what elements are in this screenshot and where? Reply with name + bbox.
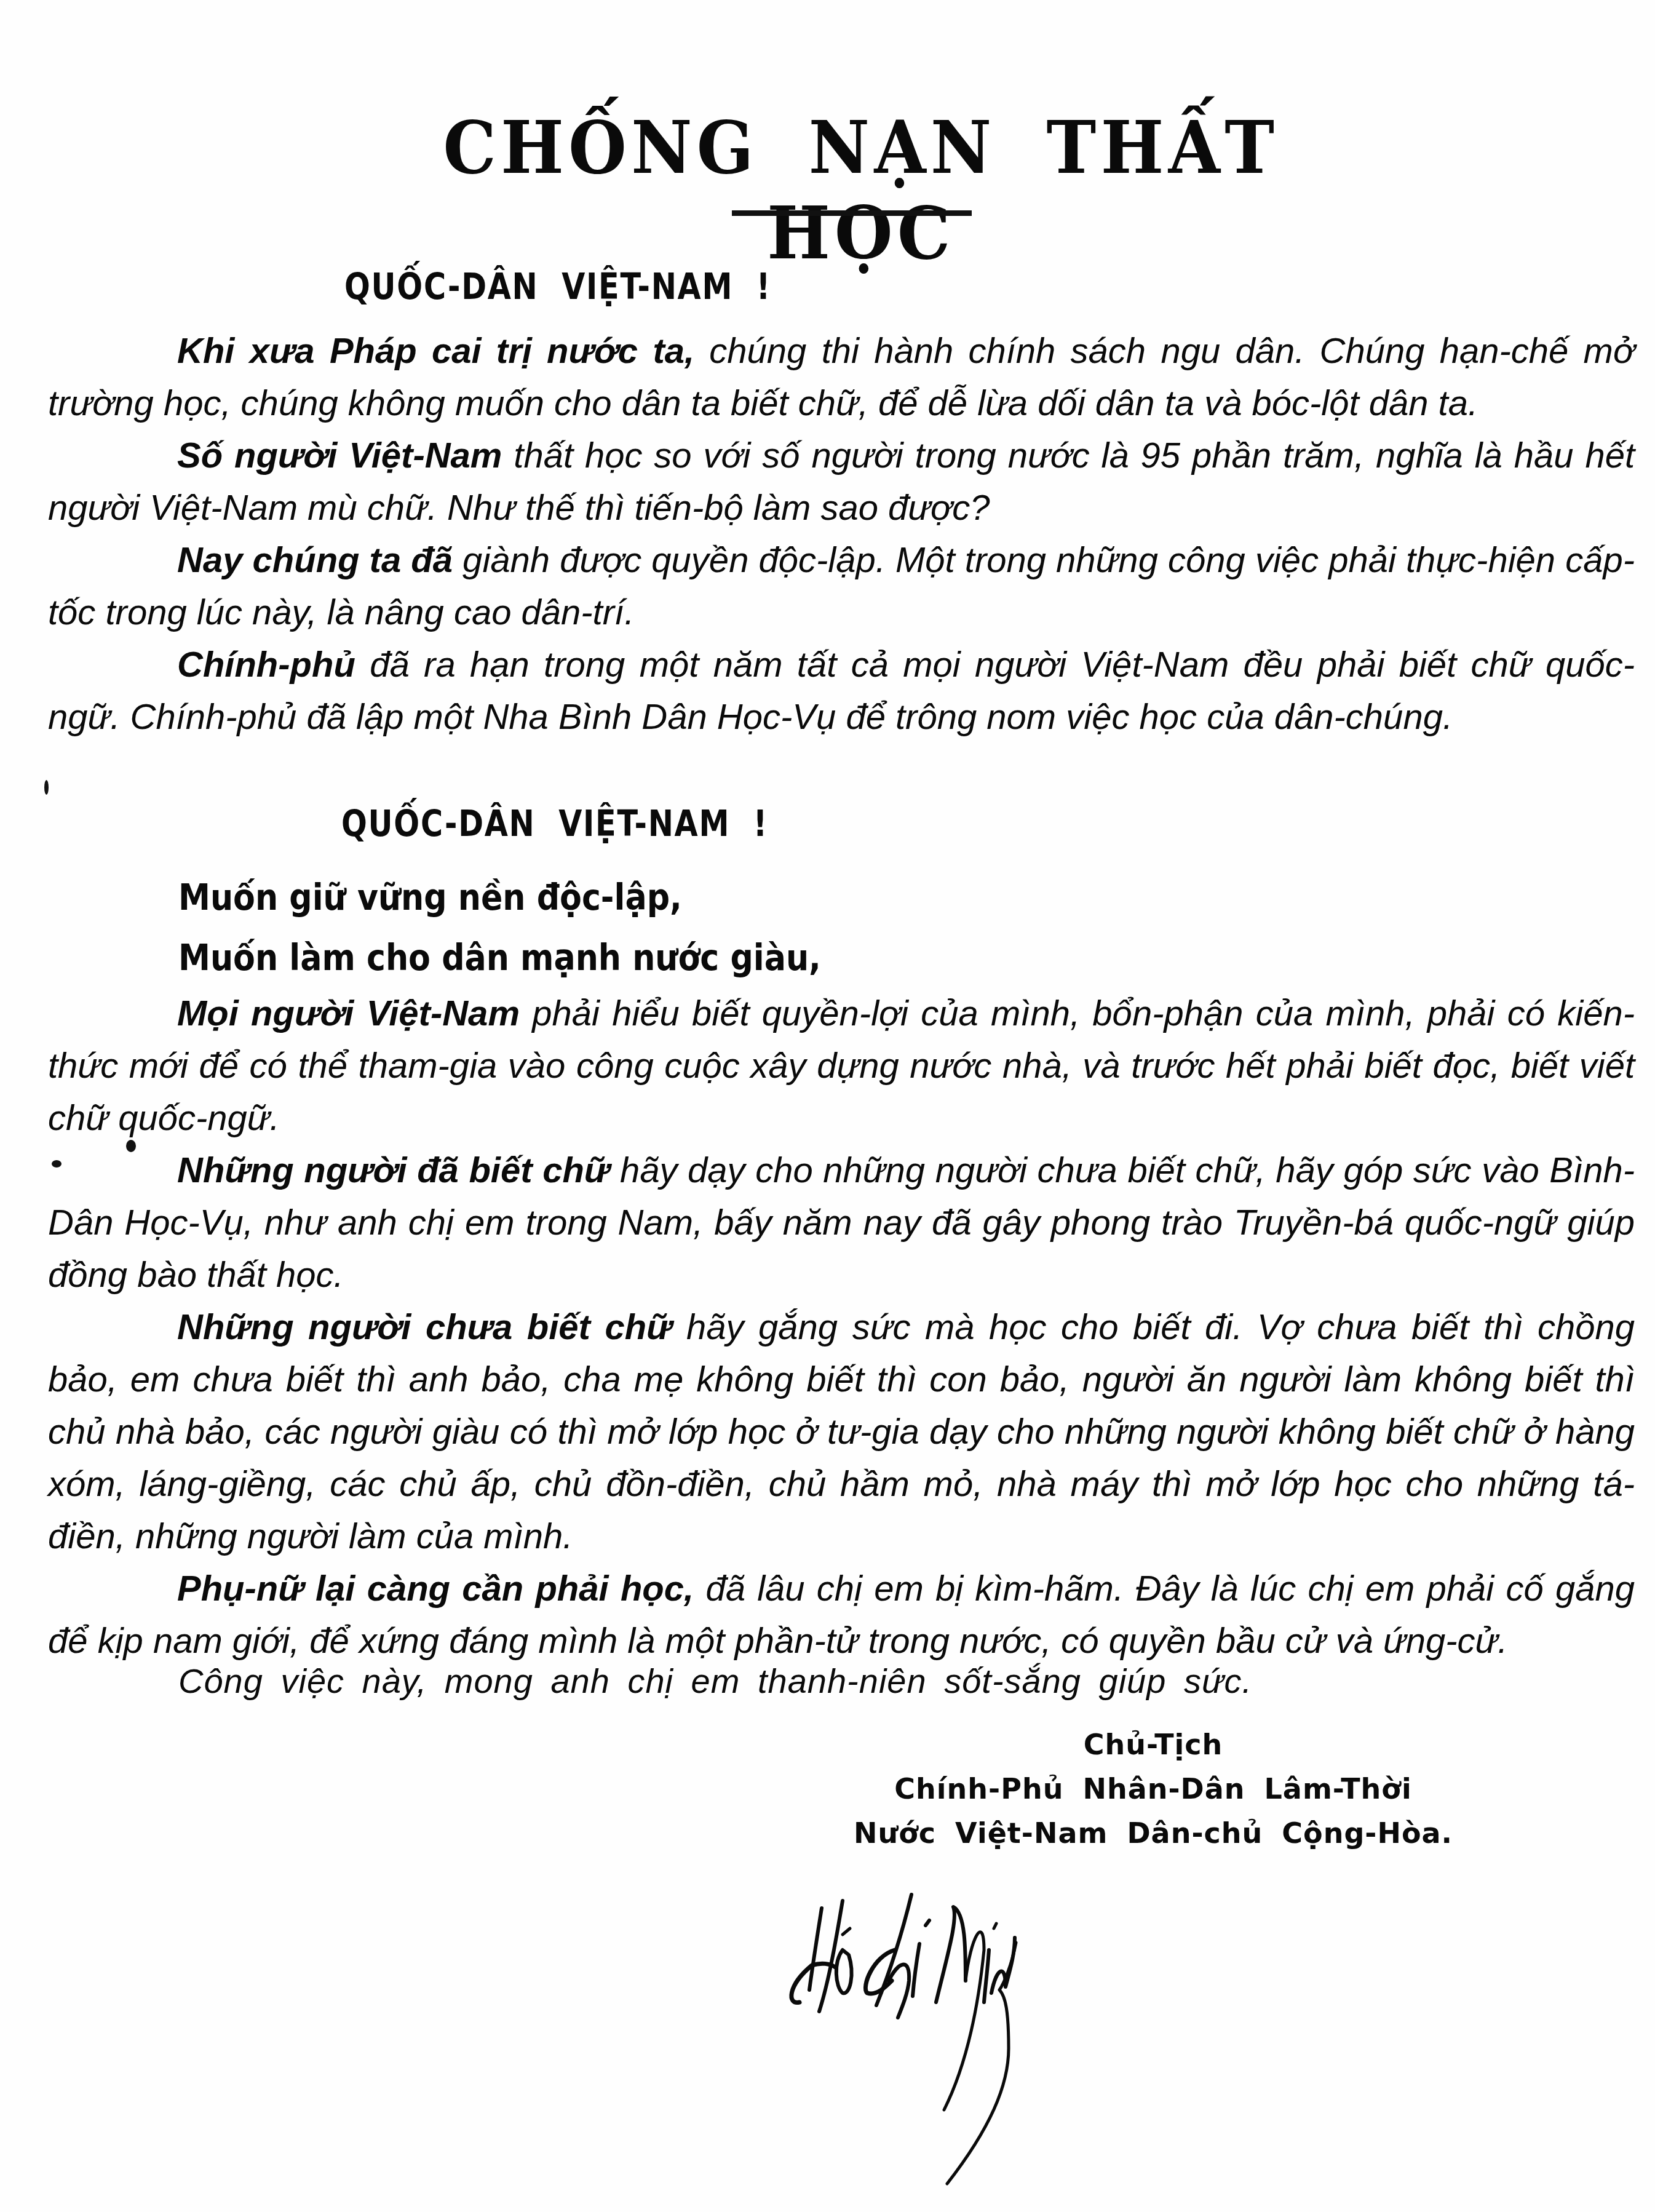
document-page: CHỐNG NẠN THẤT HỌC QUỐC-DÂN VIỆT-NAM ! K… xyxy=(0,0,1655,2212)
paragraph: Nay chúng ta đã giành được quyền độc-lập… xyxy=(48,534,1635,639)
signatory-title: Chủ-Tịch xyxy=(800,1722,1507,1767)
signature-block: Chủ-Tịch Chính-Phủ Nhân-Dân Lâm-Thời Nướ… xyxy=(800,1722,1507,1855)
paragraph: Mọi người Việt-Nam phải hiểu biết quyền-… xyxy=(48,987,1635,1144)
scan-speck xyxy=(44,780,49,795)
paragraph: Những người đã biết chữ hãy dạy cho nhữn… xyxy=(48,1144,1635,1301)
slogan-line: Muốn làm cho dân mạnh nước giàu, xyxy=(178,928,821,988)
page-title: CHỐNG NẠN THẤT HỌC xyxy=(352,105,1370,276)
salutation-1: QUỐC-DÂN VIỆT-NAM ! xyxy=(344,266,771,308)
title-underline xyxy=(732,210,972,216)
scan-speck xyxy=(52,1160,62,1168)
paragraph: Những người chưa biết chữ hãy gắng sức m… xyxy=(48,1301,1635,1562)
section-2: Mọi người Việt-Nam phải hiểu biết quyền-… xyxy=(48,987,1635,1667)
paragraph: Chính-phủ đã ra hạn trong một năm tất cả… xyxy=(48,639,1635,743)
closing-line: Công việc này, mong anh chị em thanh-niê… xyxy=(178,1661,1252,1701)
signatory-office: Chính-Phủ Nhân-Dân Lâm-Thời xyxy=(800,1767,1507,1811)
section-1: Khi xưa Pháp cai trị nước ta, chúng thi … xyxy=(48,325,1635,743)
slogan-line: Muốn giữ vững nền độc-lập, xyxy=(178,867,821,928)
signature-icon xyxy=(763,1864,1501,2208)
handwritten-signature: Hồ Chí Minh xyxy=(763,1864,1501,2208)
paragraph: Phụ-nữ lại càng cần phải học, đã lâu chị… xyxy=(48,1562,1635,1667)
salutation-2: QUỐC-DÂN VIỆT-NAM ! xyxy=(341,803,768,845)
paragraph: Khi xưa Pháp cai trị nước ta, chúng thi … xyxy=(48,325,1635,429)
scan-speck xyxy=(126,1140,136,1152)
paragraph: Số người Việt-Nam thất học so với số ngư… xyxy=(48,429,1635,534)
slogans: Muốn giữ vững nền độc-lập, Muốn làm cho … xyxy=(178,867,821,988)
signatory-country: Nước Việt-Nam Dân-chủ Cộng-Hòa. xyxy=(800,1811,1507,1855)
